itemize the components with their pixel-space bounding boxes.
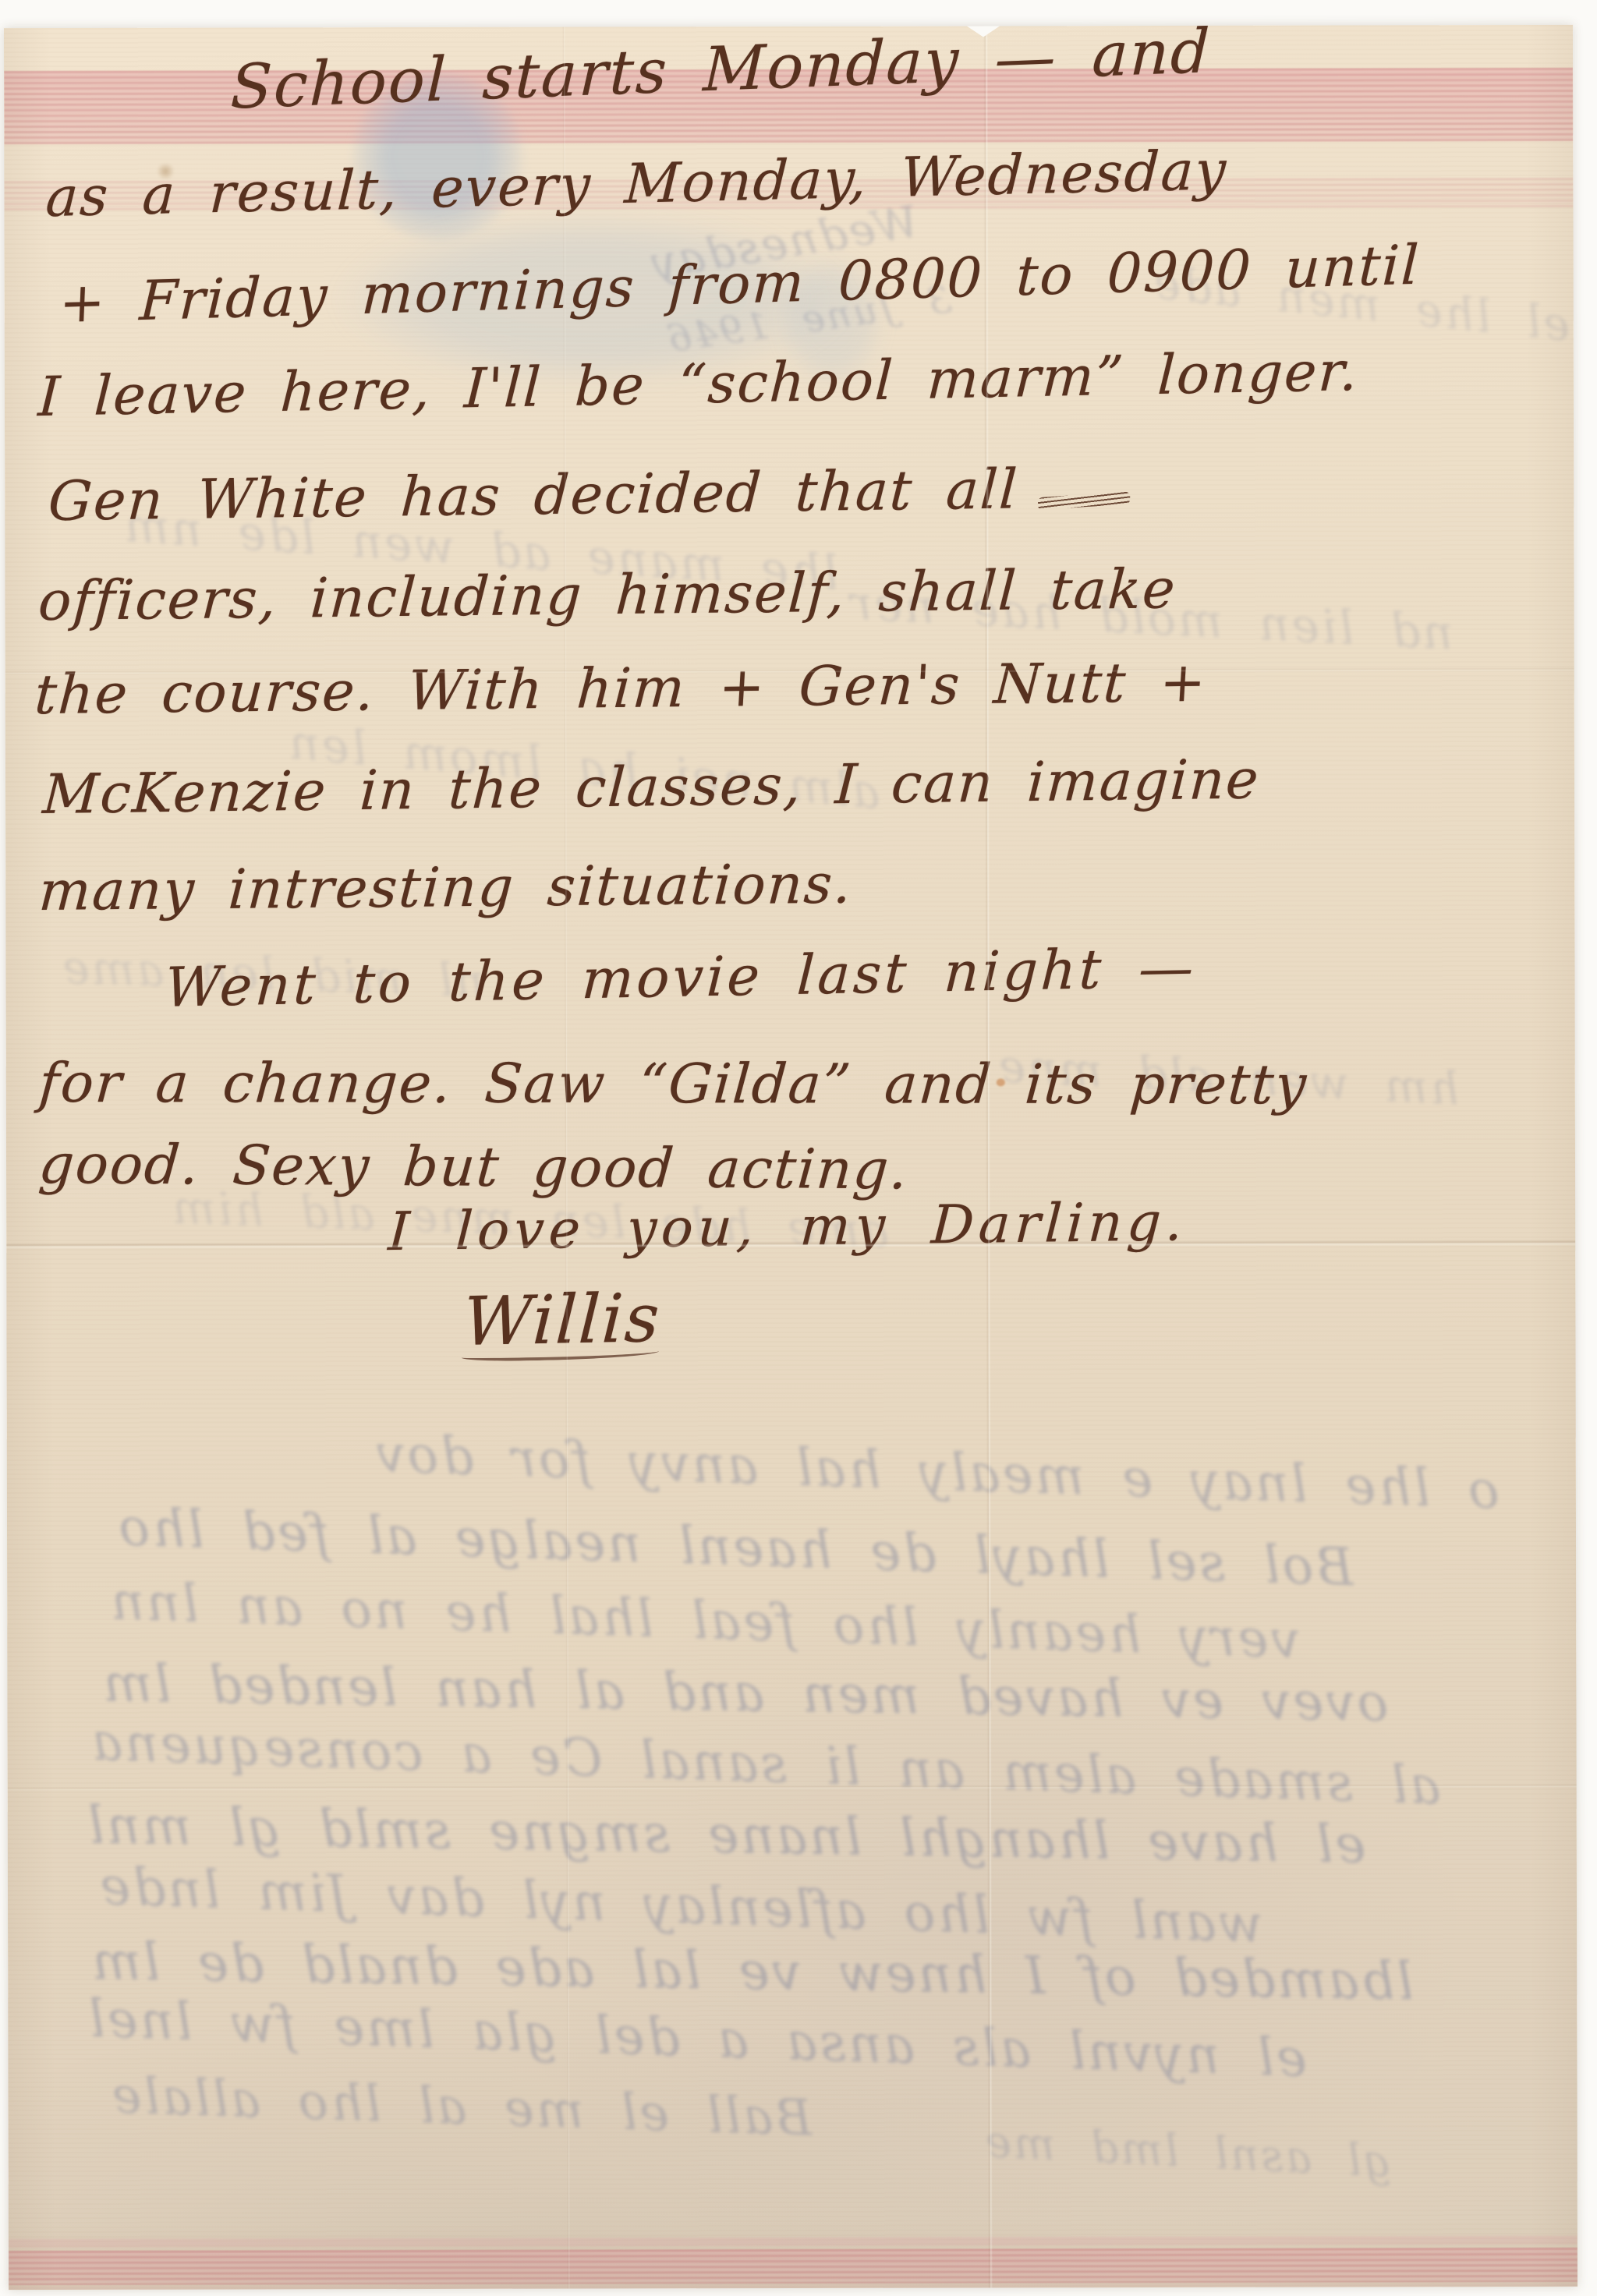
edge-shading bbox=[4, 25, 1578, 2290]
scanner-background: Wednesday 3 June 1946 nel lhe men ade lh… bbox=[0, 0, 1597, 2296]
letter-paper: Wednesday 3 June 1946 nel lhe men ade lh… bbox=[4, 25, 1578, 2290]
